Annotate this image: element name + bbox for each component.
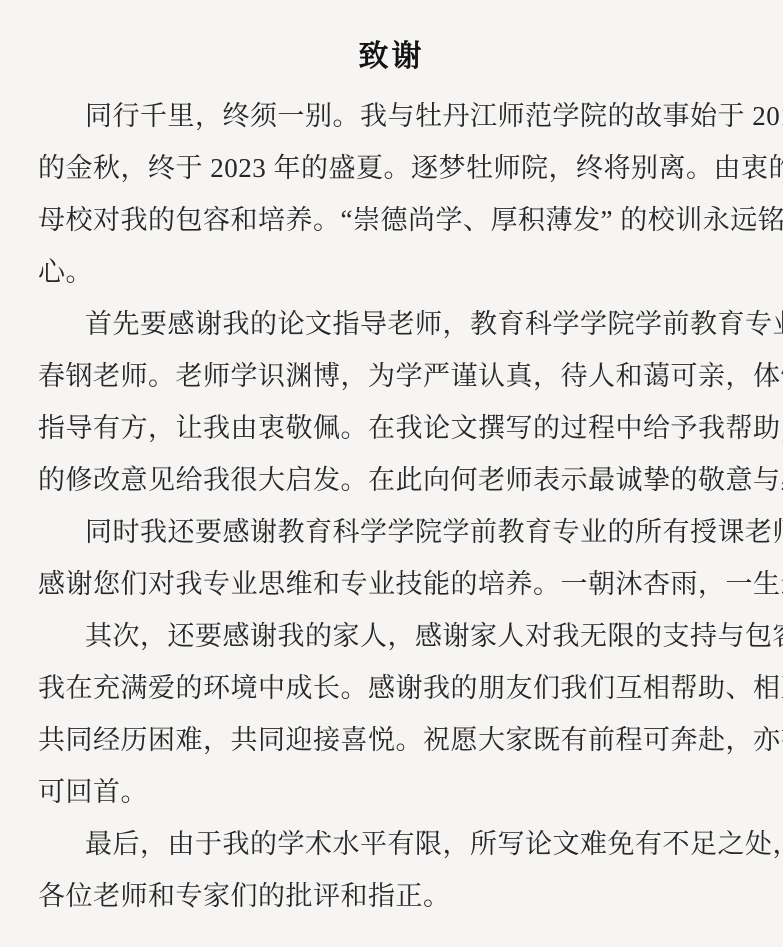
text-line: 母校对我的包容和培养。“崇德尚学、厚积薄发” 的校训永远铭记于 bbox=[38, 194, 748, 246]
document-page: 致谢 同行千里，终须一别。我与牡丹江师范学院的故事始于 2019 年 的金秋，终… bbox=[0, 0, 783, 947]
text-line: 指导有方，让我由衷敬佩。在我论文撰写的过程中给予我帮助，详细 bbox=[38, 402, 748, 454]
text-line: 同时我还要感谢教育科学学院学前教育专业的所有授课老师们， bbox=[38, 506, 748, 558]
text-line: 其次，还要感谢我的家人，感谢家人对我无限的支持与包容，让 bbox=[38, 610, 748, 662]
text-line: 可回首。 bbox=[38, 766, 748, 818]
paragraph-4: 其次，还要感谢我的家人，感谢家人对我无限的支持与包容，让 我在充满爱的环境中成长… bbox=[38, 610, 748, 818]
text-line: 春钢老师。老师学识渊博，为学严谨认真，待人和蔼可亲，体恤学生， bbox=[38, 350, 748, 402]
page-title: 致谢 bbox=[0, 0, 783, 76]
text-line: 同行千里，终须一别。我与牡丹江师范学院的故事始于 2019 年 bbox=[38, 90, 748, 142]
text-line: 心。 bbox=[38, 246, 748, 298]
paragraph-3: 同时我还要感谢教育科学学院学前教育专业的所有授课老师们， 感谢您们对我专业思维和… bbox=[38, 506, 748, 610]
paragraph-1: 同行千里，终须一别。我与牡丹江师范学院的故事始于 2019 年 的金秋，终于 2… bbox=[38, 90, 748, 298]
text-line: 最后，由于我的学术水平有限，所写论文难免有不足之处，恳请 bbox=[38, 818, 748, 870]
text-line: 的金秋，终于 2023 年的盛夏。逐梦牡师院，终将别离。由衷的感谢 bbox=[38, 142, 748, 194]
document-body: 同行千里，终须一别。我与牡丹江师范学院的故事始于 2019 年 的金秋，终于 2… bbox=[0, 90, 783, 922]
text-line: 共同经历困难，共同迎接喜悦。祝愿大家既有前程可奔赴，亦有岁月 bbox=[38, 714, 748, 766]
text-line: 我在充满爱的环境中成长。感谢我的朋友们我们互相帮助、相互扶持 bbox=[38, 662, 748, 714]
text-line: 的修改意见给我很大启发。在此向何老师表示最诚挚的敬意与感谢！ bbox=[38, 454, 748, 506]
text-line: 首先要感谢我的论文指导老师，教育科学学院学前教育专业的何 bbox=[38, 298, 748, 350]
text-line: 感谢您们对我专业思维和专业技能的培养。一朝沐杏雨，一生念师恩。 bbox=[38, 558, 748, 610]
paragraph-5: 最后，由于我的学术水平有限，所写论文难免有不足之处，恳请 各位老师和专家们的批评… bbox=[38, 818, 748, 922]
text-line: 各位老师和专家们的批评和指正。 bbox=[38, 870, 748, 922]
paragraph-2: 首先要感谢我的论文指导老师，教育科学学院学前教育专业的何 春钢老师。老师学识渊博… bbox=[38, 298, 748, 506]
